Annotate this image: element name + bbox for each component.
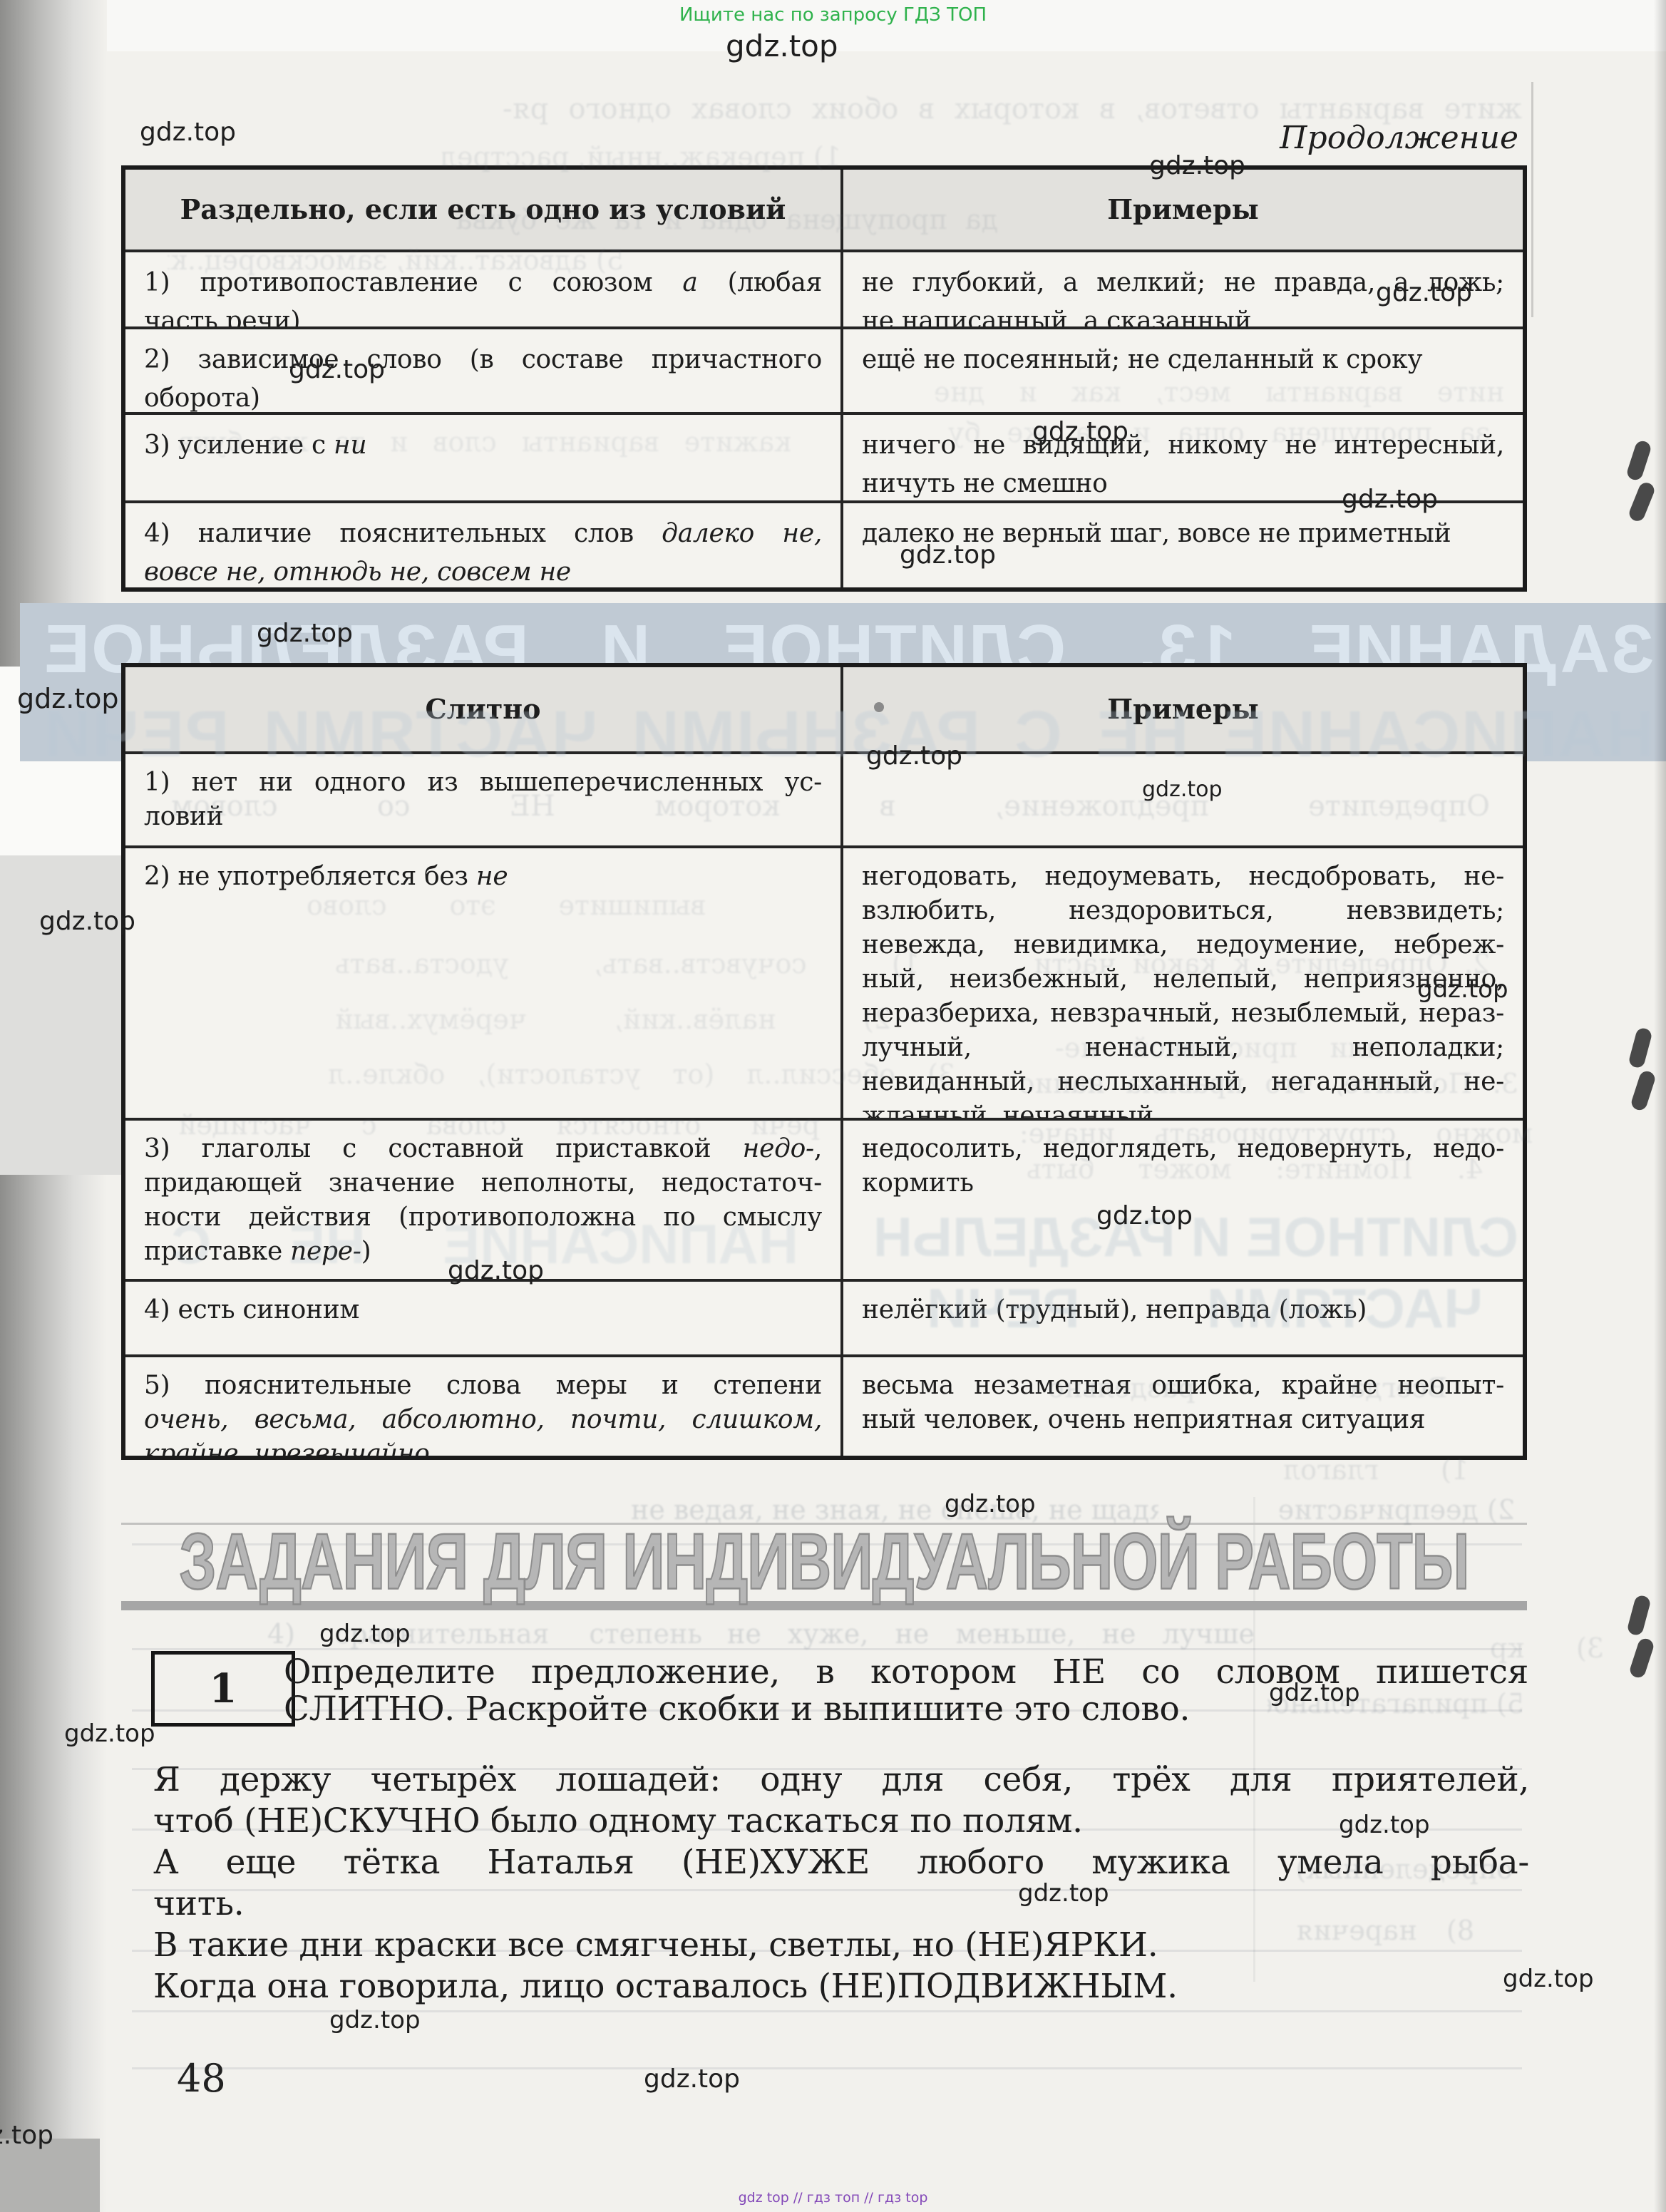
ghost-text: кажите варианты слов и та же букв [178, 426, 791, 458]
ghost-band-subtitle: НАПИСАНИЕ НЕ С РАЗНЫМИ ЧАСТЯМИ РЕЧИ [43, 697, 1654, 772]
table-cell-line: 4) есть синоним [144, 1293, 822, 1327]
table-cell: 4) наличие пояснительных слов далеко не,… [125, 503, 843, 587]
table-cell-line: жданный, нечаянный [862, 1099, 1504, 1118]
ghost-text: ЧАСТЯМИ РЕЧИ [927, 1276, 1483, 1341]
table-row: 5) пояснительные слова меры и степениоче… [125, 1354, 1523, 1456]
gdz-top-note: Ищите нас по запросу ГДЗ ТОП [679, 4, 987, 26]
gdz-watermark: gdz.top [866, 741, 962, 771]
scan-crease [1531, 82, 1533, 317]
gdz-watermark: gdz.top [945, 1490, 1036, 1518]
ghost-text: 3) обессил..л (от усталости), обкле..л [328, 1059, 955, 1090]
ghost-text: речи относятся слова с частицей [178, 1109, 820, 1141]
page-number: 48 [177, 2056, 226, 2101]
table-cell-line: придающей значение неполноты, недостаточ… [144, 1166, 822, 1200]
table-cell-line: очень, весьма, абсолютно, почти, слишком… [144, 1403, 822, 1437]
table-cell-line: ный человек, очень неприятная ситуация [862, 1403, 1504, 1437]
table-cell-line: 5) пояснительные слова меры и степени [144, 1369, 822, 1403]
ghost-text: 1) глагол [1283, 1454, 1469, 1486]
ghost-text: 3) кр [1490, 1632, 1604, 1664]
section-title-text: ЗАДАНИЯ ДЛЯ ИНДИВИДУАЛЬНОЙ РАБОТЫ [180, 1516, 1469, 1608]
gdz-watermark: gdz.top [257, 619, 353, 648]
table-cell-line: 4) наличие пояснительных слов далеко не, [144, 515, 822, 553]
binding-mark [1625, 439, 1652, 482]
table-row: 4) наличие пояснительных слов далеко не,… [125, 500, 1523, 587]
ghost-text: не ведая, не зная, не спеша, не щадя [631, 1494, 1158, 1526]
scan-speck [874, 702, 884, 712]
table-cell-line: неразбериха, невзрачный, незыблемый, нер… [862, 997, 1504, 1031]
gdz-watermark: gdz.top [1149, 151, 1245, 180]
scanned-textbook-page: ЗАДАНИЕ 13. СЛИТНОЕ И РАЗДЕЛЬНОЕ НАПИСАН… [0, 0, 1666, 2212]
table-cell: 2) зависимое слово (в составе причастног… [125, 329, 843, 412]
ghost-text: определенных) [1277, 1853, 1513, 1885]
table-cell-line: 2) зависимое слово (в составе причастног… [144, 341, 822, 379]
table-cell-line: оборота) [144, 379, 822, 412]
binding-mark [1627, 480, 1656, 523]
gdz-watermark: gdz.top [1032, 417, 1128, 446]
ghost-text: не хуже, не меньше, не лучше [727, 1618, 1255, 1650]
gdz-watermark: gdz.top [1339, 1811, 1430, 1839]
gdz-watermark: gdz.top [0, 2121, 53, 2150]
task-number-box: 1 [151, 1651, 295, 1727]
text-line: Я держу четырёх лошадей: одну для себя, … [153, 1759, 1529, 1801]
ghost-text: 3. Помните, что правила напис [1019, 1068, 1518, 1099]
gdz-watermark: gdz.top [1376, 278, 1472, 307]
table-cell-line: часть речи) [144, 302, 822, 326]
gdz-watermark: gdz.top [39, 907, 135, 936]
binding-mark [1626, 1594, 1652, 1637]
ghost-text: выпишите это слово [307, 890, 706, 921]
text-line: Когда она говорила, лицо оставалось (НЕ)… [153, 1966, 1529, 2007]
gdz-watermark: gdz.top [329, 2006, 421, 2034]
scan-right-edge [1654, 0, 1666, 2212]
table-cell: 4) есть синоним [125, 1282, 843, 1354]
table-cell-line: вовсе не, отнюдь не, совсем не [144, 553, 822, 587]
ghost-text: ните варианты мест, как и дне [934, 376, 1504, 408]
ghost-rule [132, 2067, 1522, 2069]
ghost-text: или приставкой не- [1055, 1032, 1383, 1064]
gdz-watermark: gdz.top [1342, 485, 1438, 514]
section-title: ЗАДАНИЯ ДЛЯ ИНДИВИДУАЛЬНОЙ РАБОТЫ [121, 1527, 1527, 1598]
table-cell-line: 2) не употребляется без не [144, 860, 822, 894]
gdz-watermark: gdz.top [1018, 1879, 1109, 1908]
ghost-text: за пропущена одна и та же бу [948, 417, 1490, 448]
ghost-text: 1) сочувств..вать, удоста..вать [335, 948, 920, 979]
table-cell-line: взлюбить, нездоровиться, невзвидеть; [862, 894, 1504, 928]
ghost-text: да пропущена одна и та же буква [456, 204, 998, 235]
binding-mark [1630, 1069, 1657, 1112]
gdz-watermark: gdz.top [140, 118, 236, 147]
binding-mark [1628, 1027, 1653, 1069]
gdz-watermark: gdz.top [1417, 975, 1508, 1004]
ghost-text: 2) деепричастие [1280, 1494, 1515, 1526]
ghost-text: 5) адвокат..кий, замоскворец..кий [168, 245, 624, 276]
gdz-watermark: gdz.top [289, 355, 385, 384]
ghost-text: Определите предложение, в котором НЕ со … [171, 790, 1490, 823]
gdz-watermark: gdz.top [64, 1719, 155, 1748]
ghost-text: можно структурировать иначе: [1019, 1118, 1533, 1149]
gdz-watermark: gdz.top [644, 2064, 740, 2094]
gdz-watermark: gdz.top [319, 1620, 411, 1648]
table-cell-line: негодовать, недоумевать, несдобровать, н… [862, 860, 1504, 894]
gdz-watermark: gdz.top [1096, 1201, 1193, 1230]
gdz-watermark: gdz.top [726, 29, 838, 63]
gdz-watermark: gdz.top [1142, 777, 1223, 802]
gdz-watermark: gdz.top [448, 1256, 544, 1285]
table-cell: 5) пояснительные слова меры и степениоче… [125, 1357, 843, 1456]
gdz-watermark: gdz.top [900, 540, 996, 570]
text-line: чтоб (НЕ)СКУЧНО было одному таскаться по… [153, 1801, 1529, 1842]
ghost-text: СЛИТНОЕ И РАЗДЕЛЬНОЕ [877, 1205, 1518, 1270]
table-cell-line: ещё не посеянный; не сделанный к сроку [862, 341, 1504, 379]
ghost-text: Всегда раздельно [1048, 1372, 1447, 1404]
gdz-watermark: gdz.top [17, 683, 119, 714]
binding-mark [1628, 1637, 1655, 1679]
ghost-text: 2) налёв..кий, черёмух..вый [335, 1004, 891, 1035]
table-cell-line: крайне, чрезвычайно [144, 1437, 822, 1456]
gdz-watermark: gdz.top [1503, 1965, 1594, 1993]
ghost-text: 8) наречия [1296, 1915, 1474, 1946]
footer-watermark: gdz top // гдз топ // гдз top [739, 2190, 928, 2206]
ghost-text: жите варианты ответов, в которых в обоих… [503, 93, 1522, 125]
ghost-text: 1) перекаж..нный, расстрел..нный [442, 141, 841, 173]
gdz-watermark: gdz.top [1269, 1679, 1360, 1707]
ghost-text: 4. Помните: может быть [1027, 1153, 1483, 1185]
task-number: 1 [210, 1665, 237, 1712]
